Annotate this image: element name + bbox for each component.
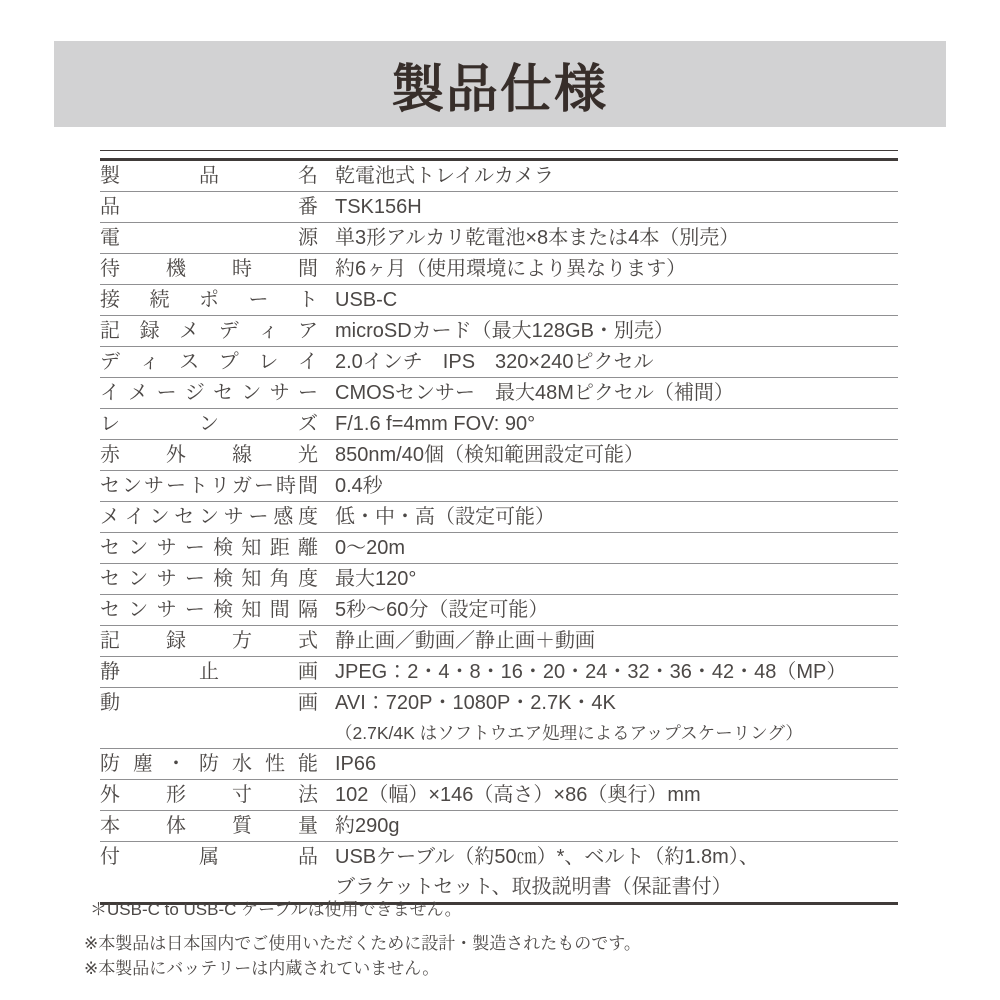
spec-value: 0.4秒 (335, 471, 898, 501)
spec-label-char: イ (125, 502, 145, 532)
spec-label: 製品名 (100, 161, 318, 191)
spec-label-char: サ (224, 502, 244, 532)
spec-label: 赤外線光 (100, 440, 318, 470)
spec-row: 待機時間 約6ヶ月（使用環境により異なります） (100, 254, 898, 285)
spec-value-line: 102（幅）×146（高さ）×86（奥行）mm (335, 780, 898, 810)
spec-label: レンズ (100, 409, 318, 439)
spec-label-char: 品 (100, 192, 120, 222)
spec-label: 静止画 (100, 657, 318, 687)
spec-row: ディスプレイ 2.0インチ IPS 320×240ピクセル (100, 347, 898, 378)
spec-label: センサートリガー時間 (100, 471, 318, 501)
spec-row: レンズ F/1.6 f=4mm FOV: 90° (100, 409, 898, 440)
spec-value-line: 単3形アルカリ乾電池×8本または4本（別売） (335, 223, 898, 253)
spec-label-char: 間 (270, 595, 290, 625)
spec-label-char: 本 (100, 811, 120, 841)
spec-label-char: サ (157, 595, 177, 625)
spec-value-line: 静止画／動画／静止画＋動画 (335, 626, 898, 656)
spec-label-char: プ (219, 347, 239, 377)
spec-value: TSK156H (335, 192, 898, 222)
spec-label-char: 角 (270, 564, 290, 594)
spec-value: 約6ヶ月（使用環境により異なります） (335, 254, 898, 284)
spec-row: センサー検知距離 0～20m (100, 533, 898, 564)
spec-label-char: メ (179, 316, 199, 346)
spec-label-char: 知 (241, 533, 261, 563)
spec-label-char: 量 (298, 811, 318, 841)
spec-label: 電源 (100, 223, 318, 253)
spec-value: 102（幅）×146（高さ）×86（奥行）mm (335, 780, 898, 810)
spec-label-char: ン (241, 378, 261, 408)
footnote: ※本製品にバッテリーは内蔵されていません。 (84, 956, 914, 981)
spec-label-char: セ (100, 533, 120, 563)
spec-label-char: ー (185, 533, 205, 563)
spec-value-line: CMOSセンサー 最大48Mピクセル（補間） (335, 378, 898, 408)
spec-label-char: ・ (166, 749, 186, 779)
spec-label-char: 続 (150, 285, 170, 315)
spec-label-char: ー (249, 502, 269, 532)
spec-rows: 製品名 乾電池式トレイルカメラ 品番 TSK156H 電源 単3形アルカリ乾電池… (100, 158, 898, 905)
spec-row: 品番 TSK156H (100, 192, 898, 223)
spec-value-line: 低・中・高（設定可能） (335, 502, 898, 532)
spec-row: センサー検知角度 最大120° (100, 564, 898, 595)
spec-label-char: サ (157, 533, 177, 563)
spec-value-line: 850nm/40個（検知範囲設定可能） (335, 440, 898, 470)
spec-label-char: レ (100, 409, 120, 439)
spec-label-char: サ (157, 564, 177, 594)
spec-value: 単3形アルカリ乾電池×8本または4本（別売） (335, 223, 898, 253)
spec-label-char: ー (185, 564, 205, 594)
spec-label: 防塵・防水性能 (100, 749, 318, 779)
spec-label-char: 時 (276, 471, 296, 501)
spec-label-char: 赤 (100, 440, 120, 470)
spec-label: センサー検知間隔 (100, 595, 318, 625)
spec-value-line: JPEG：2・4・8・16・20・24・32・36・42・48（MP） (335, 657, 898, 687)
spec-label: 待機時間 (100, 254, 318, 284)
spec-label-char: 線 (232, 440, 252, 470)
spec-label-char: 質 (232, 811, 252, 841)
spec-label-char: 録 (140, 316, 160, 346)
page-title-banner: 製品仕様 (54, 41, 946, 127)
spec-label-char: デ (219, 316, 239, 346)
spec-label-char: ン (128, 564, 148, 594)
spec-label-char: 塵 (133, 749, 153, 779)
footnote: ※本製品は日本国内でご使用いただくために設計・製造されたものです。 (84, 931, 914, 956)
spec-value-line: 最大120° (335, 564, 898, 594)
spec-value-line: IP66 (335, 749, 898, 779)
spec-label-char: デ (100, 347, 120, 377)
spec-row: 本体質量 約290g (100, 811, 898, 842)
spec-label-char: 番 (298, 192, 318, 222)
spec-label-char: サ (144, 471, 164, 501)
spec-label-char: 距 (270, 533, 290, 563)
footnotes: ＊USB-C to USB-C ケーブルは使用できません。※本製品は日本国内でご… (84, 897, 914, 981)
spec-value-line: 0～20m (335, 533, 898, 563)
spec-label-char: 検 (213, 595, 233, 625)
spec-label-char: ー (254, 471, 274, 501)
spec-value: 低・中・高（設定可能） (335, 502, 898, 532)
spec-value-line: microSDカード（最大128GB・別売） (335, 316, 898, 346)
spec-label-char: 離 (298, 533, 318, 563)
spec-value-line: AVI：720P・1080P・2.7K・4K (335, 688, 898, 718)
spec-value-line: USB-C (335, 285, 898, 315)
spec-value-line: F/1.6 f=4mm FOV: 90° (335, 409, 898, 439)
spec-label-char: 寸 (232, 780, 252, 810)
spec-label-char: 間 (298, 254, 318, 284)
spec-label-char: 名 (298, 161, 318, 191)
spec-value-line: 0.4秒 (335, 471, 898, 501)
spec-label-char: 知 (241, 595, 261, 625)
spec-label-char: セ (100, 595, 120, 625)
spec-label-char: 録 (166, 626, 186, 656)
spec-value-line: 5秒～60分（設定可能） (335, 595, 898, 625)
spec-label-char: ー (298, 378, 318, 408)
spec-label: センサー検知角度 (100, 564, 318, 594)
spec-row: 防塵・防水性能 IP66 (100, 749, 898, 780)
spec-label-char: 時 (232, 254, 252, 284)
spec-label-char: 度 (298, 502, 318, 532)
spec-value: USB-C (335, 285, 898, 315)
page-title: 製品仕様 (392, 47, 608, 122)
spec-label-char: 光 (298, 440, 318, 470)
spec-row: 記録メディア microSDカード（最大128GB・別売） (100, 316, 898, 347)
spec-label-char: 形 (166, 780, 186, 810)
spec-label-char: 付 (100, 842, 120, 872)
spec-label-char: ト (188, 471, 208, 501)
spec-label-char: 静 (100, 657, 120, 687)
spec-label: ディスプレイ (100, 347, 318, 377)
spec-label-char: 防 (199, 749, 219, 779)
spec-label-char: 感 (273, 502, 293, 532)
spec-label-char: 機 (166, 254, 186, 284)
spec-value: IP66 (335, 749, 898, 779)
spec-label: イメージセンサー (100, 378, 318, 408)
spec-value: 850nm/40個（検知範囲設定可能） (335, 440, 898, 470)
spec-label-char: 動 (100, 688, 120, 718)
spec-label-char: 性 (265, 749, 285, 779)
spec-label-char: ズ (298, 409, 318, 439)
spec-label-char: 能 (298, 749, 318, 779)
spec-value-note: （2.7K/4K はソフトウエア処理によるアップスケーリング） (335, 718, 898, 748)
spec-label-char: イ (100, 378, 120, 408)
spec-label: センサー検知距離 (100, 533, 318, 563)
spec-label-char: セ (174, 502, 194, 532)
spec-label-char: 式 (298, 626, 318, 656)
spec-label-char: 画 (298, 657, 318, 687)
spec-label-char: 電 (100, 223, 120, 253)
spec-label-char: 隔 (298, 595, 318, 625)
spec-label-char: 画 (298, 688, 318, 718)
spec-label-char: 外 (100, 780, 120, 810)
spec-value: 最大120° (335, 564, 898, 594)
spec-label-char: 品 (298, 842, 318, 872)
spec-value: AVI：720P・1080P・2.7K・4K（2.7K/4K はソフトウエア処理… (335, 688, 898, 748)
spec-label-char: ジ (185, 378, 205, 408)
spec-label-char: イ (298, 347, 318, 377)
spec-value: 5秒～60分（設定可能） (335, 595, 898, 625)
spec-label-char: メ (100, 502, 120, 532)
spec-row: 記録方式 静止画／動画／静止画＋動画 (100, 626, 898, 657)
spec-label-char: ン (128, 533, 148, 563)
spec-label-char: ー (185, 595, 205, 625)
spec-value: 0～20m (335, 533, 898, 563)
spec-label-char: ン (128, 595, 148, 625)
spec-label-char: 検 (213, 533, 233, 563)
spec-label: 記録メディア (100, 316, 318, 346)
spec-label: 外形寸法 (100, 780, 318, 810)
spec-label-char: 属 (199, 842, 219, 872)
spec-table: 製品名 乾電池式トレイルカメラ 品番 TSK156H 電源 単3形アルカリ乾電池… (100, 150, 898, 905)
spec-label-char: 検 (213, 564, 233, 594)
spec-row: 赤外線光 850nm/40個（検知範囲設定可能） (100, 440, 898, 471)
spec-label-char: ア (298, 316, 318, 346)
spec-value: 2.0インチ IPS 320×240ピクセル (335, 347, 898, 377)
spec-row: イメージセンサー CMOSセンサー 最大48Mピクセル（補間） (100, 378, 898, 409)
spec-value-line: USBケーブル（約50㎝）*、ベルト（約1.8m）、 (335, 842, 898, 872)
spec-label-char: ィ (140, 347, 160, 377)
spec-label-char: 止 (199, 657, 219, 687)
spec-label-char: 製 (100, 161, 120, 191)
footnote: ＊USB-C to USB-C ケーブルは使用できません。 (84, 897, 914, 922)
spec-label: 接続ポート (100, 285, 318, 315)
spec-value: 静止画／動画／静止画＋動画 (335, 626, 898, 656)
spec-row: センサー検知間隔 5秒～60分（設定可能） (100, 595, 898, 626)
spec-label-char: レ (258, 347, 278, 377)
spec-label-char: 接 (100, 285, 120, 315)
spec-row: 外形寸法 102（幅）×146（高さ）×86（奥行）mm (100, 780, 898, 811)
spec-label-char: 記 (100, 626, 120, 656)
spec-label-char: メ (128, 378, 148, 408)
spec-label-char: サ (270, 378, 290, 408)
spec-row: 付属品 USBケーブル（約50㎝）*、ベルト（約1.8m）、ブラケットセット、取… (100, 842, 898, 902)
spec-row: 電源 単3形アルカリ乾電池×8本または4本（別売） (100, 223, 898, 254)
spec-label-char: セ (100, 564, 120, 594)
spec-sheet-page: 製品仕様 製品名 乾電池式トレイルカメラ 品番 TSK156H 電源 単3形アル… (0, 0, 1000, 1000)
spec-label: メインセンサー感度 (100, 502, 318, 532)
spec-row: センサートリガー時間 0.4秒 (100, 471, 898, 502)
spec-label-char: ト (298, 285, 318, 315)
spec-label-char: リ (210, 471, 230, 501)
spec-row: 製品名 乾電池式トレイルカメラ (100, 161, 898, 192)
spec-label-char: 源 (298, 223, 318, 253)
spec-label-char: 体 (166, 811, 186, 841)
spec-label: 動画 (100, 688, 318, 718)
spec-value: JPEG：2・4・8・16・20・24・32・36・42・48（MP） (335, 657, 898, 687)
spec-value-line: TSK156H (335, 192, 898, 222)
spec-label-char: ー (166, 471, 186, 501)
spec-value-line: 2.0インチ IPS 320×240ピクセル (335, 347, 898, 377)
spec-value: F/1.6 f=4mm FOV: 90° (335, 409, 898, 439)
spec-label-char: ー (157, 378, 177, 408)
spec-label-char: 知 (241, 564, 261, 594)
spec-value: 約290g (335, 811, 898, 841)
spec-value-line: 乾電池式トレイルカメラ (335, 161, 898, 191)
spec-value: USBケーブル（約50㎝）*、ベルト（約1.8m）、ブラケットセット、取扱説明書… (335, 842, 898, 902)
spec-label-char: ス (179, 347, 199, 377)
spec-label: 付属品 (100, 842, 318, 872)
spec-label-char: 外 (166, 440, 186, 470)
spec-label: 品番 (100, 192, 318, 222)
spec-label-char: ン (199, 409, 219, 439)
spec-label-char: 水 (232, 749, 252, 779)
spec-row: 接続ポート USB-C (100, 285, 898, 316)
spec-label-char: 間 (298, 471, 318, 501)
spec-label-char: ン (122, 471, 142, 501)
spec-label-char: 防 (100, 749, 120, 779)
spec-label-char: ン (199, 502, 219, 532)
spec-label-char: 法 (298, 780, 318, 810)
spec-label-char: ン (150, 502, 170, 532)
spec-value: 乾電池式トレイルカメラ (335, 161, 898, 191)
spec-label-char: 度 (298, 564, 318, 594)
spec-row: 静止画 JPEG：2・4・8・16・20・24・32・36・42・48（MP） (100, 657, 898, 688)
spec-label-char: 方 (232, 626, 252, 656)
spec-label-char: 記 (100, 316, 120, 346)
spec-label-char: ィ (258, 316, 278, 346)
spec-label: 記録方式 (100, 626, 318, 656)
spec-value-line: 約6ヶ月（使用環境により異なります） (335, 254, 898, 284)
spec-label-char: ポ (199, 285, 219, 315)
spec-label-char: ガ (232, 471, 252, 501)
spec-label-char: 品 (199, 161, 219, 191)
table-top-rule (100, 150, 898, 158)
spec-label-char: セ (100, 471, 120, 501)
spec-value: microSDカード（最大128GB・別売） (335, 316, 898, 346)
spec-row: 動画 AVI：720P・1080P・2.7K・4K（2.7K/4K はソフトウエ… (100, 688, 898, 749)
spec-label-char: ー (249, 285, 269, 315)
spec-value: CMOSセンサー 最大48Mピクセル（補間） (335, 378, 898, 408)
spec-label: 本体質量 (100, 811, 318, 841)
spec-label-char: セ (213, 378, 233, 408)
spec-value-line: 約290g (335, 811, 898, 841)
spec-label-char: 待 (100, 254, 120, 284)
spec-row: メインセンサー感度 低・中・高（設定可能） (100, 502, 898, 533)
